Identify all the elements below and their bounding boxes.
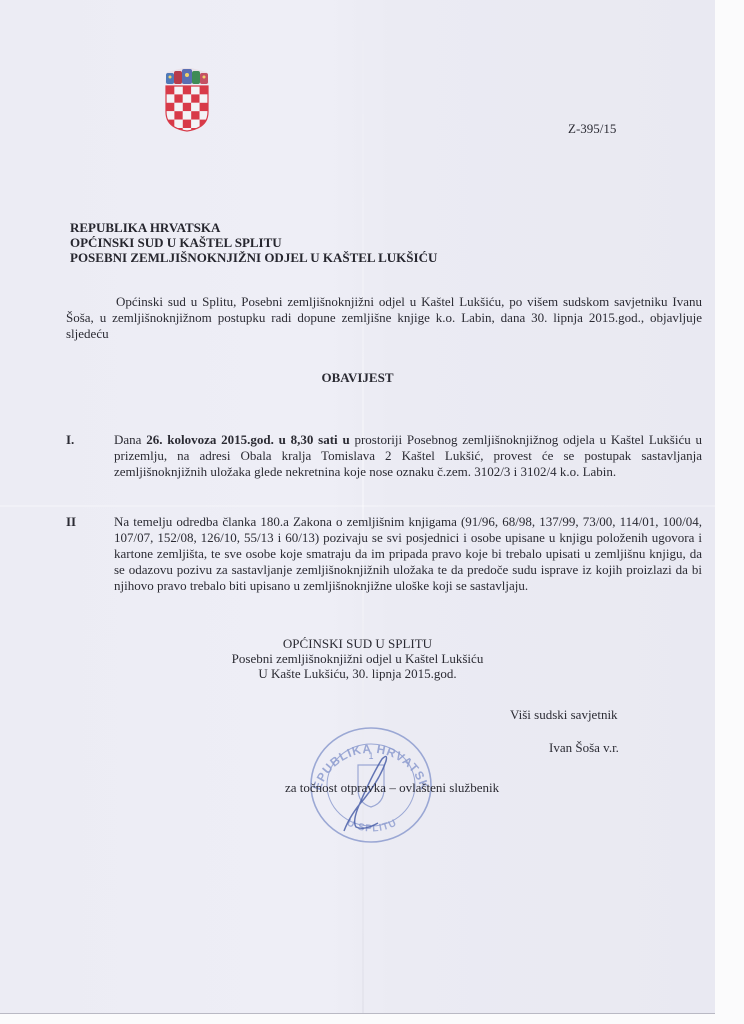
item-body: Dana 26. kolovoza 2015.god. u 8,30 sati … xyxy=(114,432,702,480)
place-and-date: U Kašte Lukšiću, 30. lipnja 2015.god. xyxy=(0,666,715,681)
header-line-court: OPĆINSKI SUD U KAŠTEL SPLITU xyxy=(70,235,437,250)
signer-title: Viši sudski savjetnik xyxy=(510,707,619,723)
reference-number: Z-395/15 xyxy=(568,121,616,137)
intro-text: Općinski sud u Splitu, Posebni zemljišno… xyxy=(66,294,702,341)
court-header: REPUBLIKA HRVATSKA OPĆINSKI SUD U KAŠTEL… xyxy=(70,220,437,265)
notice-item-1: I. Dana 26. kolovoza 2015.god. u 8,30 sa… xyxy=(66,432,702,480)
item-number: II xyxy=(66,514,106,530)
header-line-republic: REPUBLIKA HRVATSKA xyxy=(70,220,437,235)
intro-paragraph: Općinski sud u Splitu, Posebni zemljišno… xyxy=(66,294,702,342)
svg-text:1: 1 xyxy=(368,751,373,761)
court-signature-block: OPĆINSKI SUD U SPLITU Posebni zemljišnok… xyxy=(0,636,715,681)
paper-fold-horizontal xyxy=(0,505,715,507)
notice-title: OBAVIJEST xyxy=(0,370,715,386)
croatian-coat-of-arms-icon xyxy=(163,66,211,132)
item-number: I. xyxy=(66,432,106,448)
header-line-department: POSEBNI ZEMLJIŠNOKNJIŽNI ODJEL U KAŠTEL … xyxy=(70,250,437,265)
hearing-date-time: 26. kolovoza 2015.god. u 8,30 sati u xyxy=(146,432,349,447)
scan-margin-right xyxy=(715,0,744,1024)
item-text-before: Dana xyxy=(114,432,146,447)
signer-block: Viši sudski savjetnik Ivan Šoša v.r. xyxy=(510,707,619,756)
certification-line: za točnost otpravka – ovlašteni službeni… xyxy=(285,780,499,796)
court-department: Posebni zemljišnoknjižni odjel u Kaštel … xyxy=(0,651,715,666)
signer-name: Ivan Šoša v.r. xyxy=(549,740,619,756)
court-name: OPĆINSKI SUD U SPLITU xyxy=(0,636,715,651)
item-body: Na temelju odredba članka 180.a Zakona o… xyxy=(114,514,702,594)
scan-margin-bottom xyxy=(0,1014,744,1024)
document-page: Z-395/15 REPUBLIKA HRVATSKA OPĆINSKI SUD… xyxy=(0,0,715,1014)
notice-item-2: II Na temelju odredba članka 180.a Zakon… xyxy=(66,514,702,594)
